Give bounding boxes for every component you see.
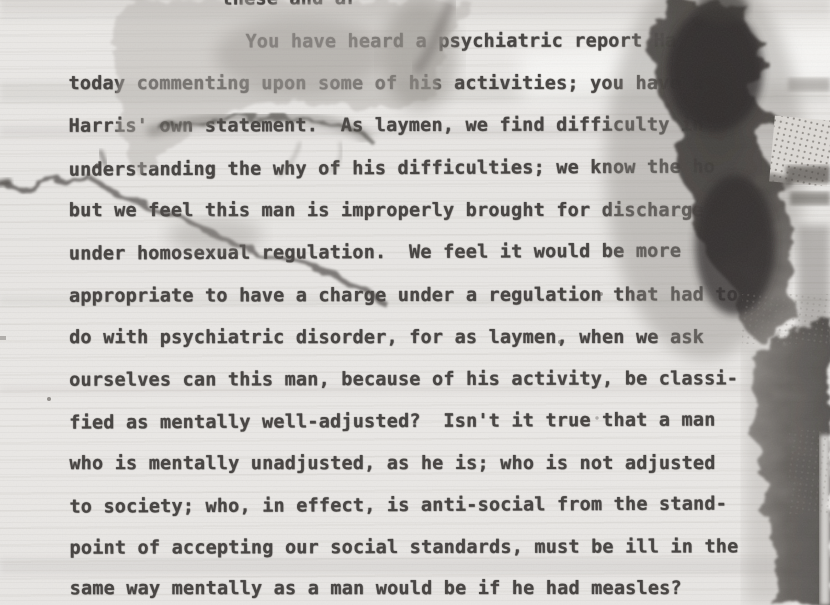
scanned-document-page: these and ar You have heard a psychiatri… xyxy=(0,0,830,605)
typewritten-line: under homosexual regulation. We feel it … xyxy=(69,240,681,267)
typewritten-line: point of accepting our social standards,… xyxy=(69,535,738,560)
typewritten-line: today commenting upon some of his activi… xyxy=(69,72,704,96)
typewritten-line: fied as mentally well-adjusted? Isn't it… xyxy=(69,409,715,436)
typewritten-line: appropriate to have a charge under a reg… xyxy=(69,283,738,308)
typewritten-line: do with psychiatric disorder, for as lay… xyxy=(69,326,704,350)
typewritten-line: same way mentally as a man would be if h… xyxy=(70,577,682,601)
typewritten-line: Harris' own statement. As laymen, we fin… xyxy=(69,113,704,138)
typewritten-line: who is mentally unadjusted, as he is; wh… xyxy=(69,452,715,476)
typewritten-line: but we feel this man is improperly broug… xyxy=(69,199,704,223)
typewritten-line: You have heard a psychiatric report Ha xyxy=(245,29,676,54)
typewritten-text: these and ar You have heard a psychiatri… xyxy=(0,0,830,605)
typewritten-line: to society; who, in effect, is anti-soci… xyxy=(69,492,727,519)
typewritten-line: ourselves can this man, because of his a… xyxy=(69,367,738,392)
typewritten-line-top-cropped: these and ar xyxy=(221,0,357,12)
typewritten-line: understanding the why of his difficultie… xyxy=(69,156,715,183)
